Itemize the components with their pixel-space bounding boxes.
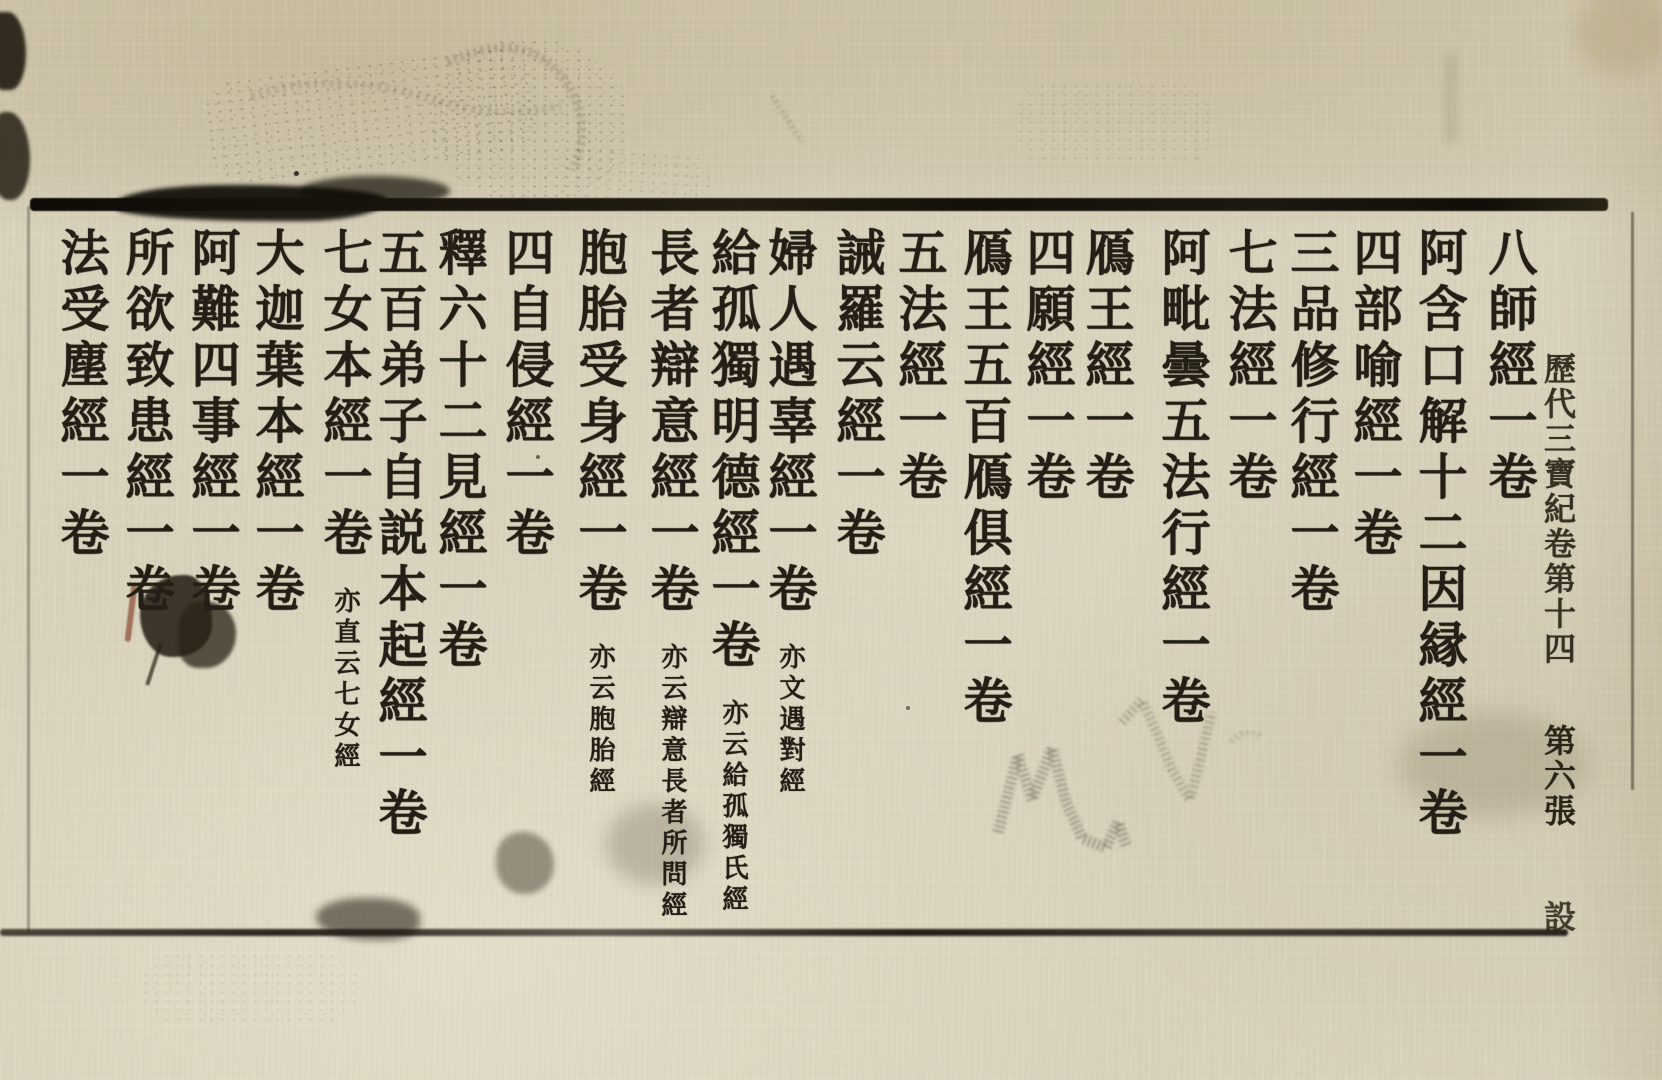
sutra-title: 三品修行經一卷 — [1283, 227, 1341, 619]
ink-spatter-stain — [1015, 82, 1215, 167]
frame-border-left — [27, 206, 30, 932]
sutra-title: 鴈王經一卷 — [1078, 227, 1136, 507]
sutra-title: 七女本經一卷 — [316, 227, 374, 563]
ink-spatter-stain — [200, 42, 540, 186]
sutra-title: 七法經一卷 — [1221, 227, 1279, 507]
sutra-entry-column: 鴈王五百鴈俱經一卷 — [958, 227, 1012, 731]
tan-corner-stain — [1576, 0, 1662, 75]
edge-ink-mark — [0, 12, 26, 90]
sutra-title: 阿毗曇五法行經一卷 — [1154, 227, 1212, 731]
sutra-title: 長者辯意經一卷 — [643, 227, 701, 619]
sutra-title: 釋六十二見經一卷 — [431, 227, 489, 675]
sutra-title: 鴈王五百鴈俱經一卷 — [956, 227, 1014, 731]
sutra-title: 大迦葉本經一卷 — [248, 227, 306, 619]
sutra-alt-name-note: 亦云辯意長者所問經 — [657, 643, 687, 922]
sutra-alt-name-note: 亦直云七女經 — [330, 587, 360, 773]
sutra-entry-column: 鴈王經一卷 — [1080, 227, 1134, 507]
sutra-title: 婦人遇辜經一卷 — [761, 227, 819, 619]
frame-border-bottom — [0, 929, 1568, 936]
ink-speck-dot — [294, 171, 299, 176]
manuscript-page: 八師經一卷 阿含口解十二因縁經一卷 四部喻經一卷 三品修行經一卷 七法經一卷 阿… — [0, 0, 1662, 1080]
sutra-entry-column: 誡羅云經一卷 — [831, 227, 885, 563]
sutra-entry-column: 三品修行經一卷 — [1285, 227, 1339, 619]
sutra-entry-column: 八師經一卷 — [1483, 227, 1537, 507]
sutra-entry-column: 阿含口解十二因縁經一卷 — [1413, 227, 1467, 843]
sutra-entry-column: 長者辯意經一卷亦云辯意長者所問經 — [645, 227, 699, 922]
sutra-title: 五百弟子自説本起經一卷 — [371, 227, 429, 843]
sutra-entry-column: 婦人遇辜經一卷亦文遇對經 — [763, 227, 817, 798]
sutra-entry-column: 阿毗曇五法行經一卷 — [1156, 227, 1210, 731]
sutra-entry-column: 給孤獨明德經一卷亦云給孤獨氏經 — [706, 227, 760, 916]
sutra-title: 誡羅云經一卷 — [829, 227, 887, 563]
sutra-entry-column: 大迦葉本經一卷 — [250, 227, 304, 619]
frame-border-top — [30, 198, 1608, 211]
sutra-title: 阿難四事經一卷 — [184, 227, 242, 619]
sutra-title: 法受塵經一卷 — [53, 227, 111, 563]
sutra-title: 四自侵經一卷 — [498, 227, 556, 563]
faint-streak — [1445, 52, 1457, 144]
sutra-entry-column: 五百弟子自説本起經一卷 — [373, 227, 427, 843]
sutra-entry-column: 五法經一卷 — [893, 227, 947, 507]
sutra-entry-column: 七法經一卷 — [1223, 227, 1277, 507]
ink-spatter-stain — [430, 38, 630, 203]
ink-spatter-stain — [140, 952, 360, 1022]
sutra-entry-column: 胞胎受身經一卷亦云胞胎經 — [573, 227, 627, 798]
sutra-entry-column: 四願經一卷 — [1021, 227, 1075, 507]
sutra-alt-name-note: 亦文遇對經 — [775, 643, 805, 798]
sutra-alt-name-note: 亦云胞胎經 — [585, 643, 615, 798]
sutra-entry-column: 法受塵經一卷 — [55, 227, 109, 563]
sutra-entry-column: 阿難四事經一卷 — [186, 227, 240, 619]
sutra-entry-column: 四自侵經一卷 — [500, 227, 554, 563]
frame-border-right — [1631, 212, 1634, 790]
sutra-entry-column: 所欲致患經一卷 — [120, 227, 174, 619]
sutra-title: 阿含口解十二因縁經一卷 — [1411, 227, 1469, 843]
dark-patch-stain — [496, 832, 554, 894]
sutra-title: 胞胎受身經一卷 — [571, 227, 629, 619]
sutra-entry-column: 釋六十二見經一卷 — [433, 227, 487, 675]
work-title: 歷代三寶紀卷第十四 — [1539, 352, 1577, 667]
sutra-title: 四願經一卷 — [1019, 227, 1077, 507]
folio-margin-column: 歷代三寶紀卷第十四 第六張 設 — [1538, 352, 1578, 935]
sutra-title: 五法經一卷 — [891, 227, 949, 507]
ink-speck-dot — [906, 706, 910, 710]
sutra-title: 八師經一卷 — [1481, 227, 1539, 507]
sutra-title: 四部喻經一卷 — [1346, 227, 1404, 563]
sutra-title: 所欲致患經一卷 — [118, 227, 176, 619]
ink-drip — [145, 642, 162, 685]
engraver-mark: 設 — [1539, 900, 1577, 935]
sutra-entry-column: 七女本經一卷亦直云七女經 — [318, 227, 372, 773]
edge-ink-mark — [0, 112, 30, 200]
sheet-number: 第六張 — [1539, 724, 1577, 829]
sutra-title: 給孤獨明德經一卷 — [704, 227, 762, 675]
sutra-alt-name-note: 亦云給孤獨氏經 — [718, 699, 748, 916]
sutra-entry-column: 四部喻經一卷 — [1348, 227, 1402, 563]
